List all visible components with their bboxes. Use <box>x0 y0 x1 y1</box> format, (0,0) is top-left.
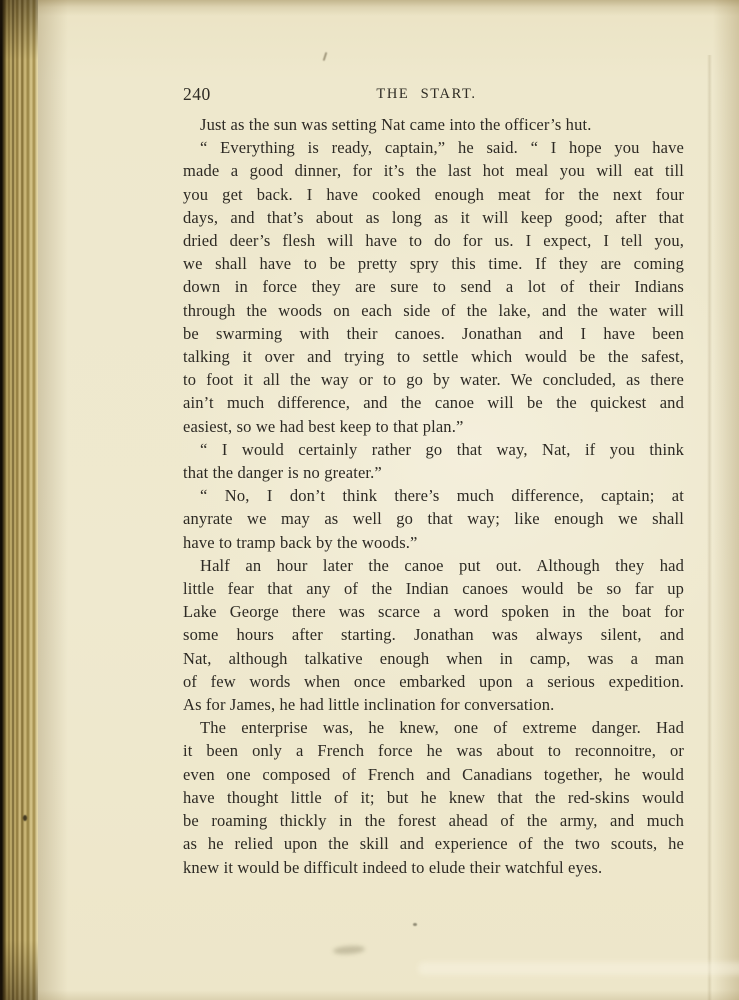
text-line: dried deer’s flesh will have to do for u… <box>183 229 684 252</box>
text-line: little fear that any of the Indian canoe… <box>183 577 684 600</box>
text-line: days, and that’s about as long as it wil… <box>183 206 684 229</box>
paper-blemish <box>323 52 328 61</box>
paper-smudge <box>333 945 365 955</box>
page-body: Just as the sun was setting Nat came int… <box>183 113 684 879</box>
text-line: made a good dinner, for it’s the last ho… <box>183 159 684 182</box>
text-line: Just as the sun was setting Nat came int… <box>183 113 684 136</box>
text-line: anyrate we may as well go that way; like… <box>183 507 684 530</box>
text-line: “ No, I don’t think there’s much differe… <box>183 484 684 507</box>
text-line: some hours after starting. Jonathan was … <box>183 623 684 646</box>
text-line: have thought little of it; but he knew t… <box>183 786 684 809</box>
text-line: through the woods on each side of the la… <box>183 299 684 322</box>
text-line: The enterprise was, he knew, one of extr… <box>183 716 684 739</box>
text-line: Half an hour later the canoe put out. Al… <box>183 554 684 577</box>
page-fold-line <box>707 55 712 1000</box>
book-page-edges <box>0 0 42 1000</box>
page-bottom-shadow <box>38 990 739 1000</box>
text-line: have to tramp back by the woods.” <box>183 531 684 554</box>
text-line: as he relied upon the skill and experien… <box>183 832 684 855</box>
page-top-shadow <box>38 0 739 16</box>
text-line: Lake George there was scarce a word spok… <box>183 600 684 623</box>
text-line: knew it would be difficult indeed to elu… <box>183 856 684 879</box>
text-line: you get back. I have cooked enough meat … <box>183 183 684 206</box>
text-line: of few words when once embarked upon a s… <box>183 670 684 693</box>
text-line: As for James, he had little inclination … <box>183 693 684 716</box>
text-line: be roaming thickly in the forest ahead o… <box>183 809 684 832</box>
page-header: 240 THE START. <box>183 84 684 106</box>
text-line: ain’t much difference, and the canoe wil… <box>183 391 684 414</box>
text-line: down in force they are sure to send a lo… <box>183 275 684 298</box>
paper-streak <box>418 962 739 975</box>
running-title: THE START. <box>183 86 670 103</box>
text-line: we shall have to be pretty spry this tim… <box>183 252 684 275</box>
book-page: 240 THE START. Just as the sun was setti… <box>38 0 739 1000</box>
text-line: to foot it all the way or to go by water… <box>183 368 684 391</box>
scanned-book-page: 240 THE START. Just as the sun was setti… <box>0 0 739 1000</box>
text-line: Nat, although talkative enough when in c… <box>183 647 684 670</box>
text-line: even one composed of French and Canadian… <box>183 763 684 786</box>
page-gutter-shadow <box>38 0 68 1000</box>
paper-blemish <box>413 923 417 926</box>
text-line: talking it over and trying to settle whi… <box>183 345 684 368</box>
text-line: that the danger is no greater.” <box>183 461 684 484</box>
page-right-shadow <box>713 0 739 1000</box>
text-line: easiest, so we had best keep to that pla… <box>183 415 684 438</box>
text-line: be swarming with their canoes. Jonathan … <box>183 322 684 345</box>
text-line: “ I would certainly rather go that way, … <box>183 438 684 461</box>
text-line: “ Everything is ready, captain,” he said… <box>183 136 684 159</box>
text-line: it been only a French force he was about… <box>183 739 684 762</box>
